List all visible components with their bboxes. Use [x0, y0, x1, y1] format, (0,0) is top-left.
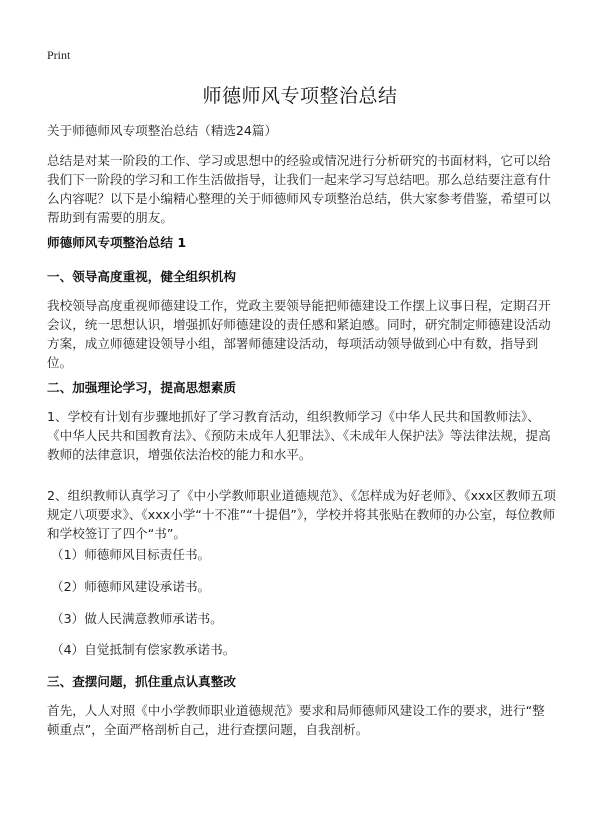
- section-heading-2: 二、加强理论学习，提高思想素质: [47, 378, 557, 397]
- section-heading-1: 一、领导高度重视，健全组织机构: [47, 267, 557, 286]
- section-2-paragraph-2: 2、组织教师认真学习了《中小学教师职业道德规范》、《怎样成为好老师》、《xxx区…: [47, 486, 557, 543]
- list-item: （1）师德师风目标责任书。: [51, 545, 561, 564]
- section-3-paragraph: 首先，人人对照《中小学教师职业道德规范》要求和局师德师风建设工作的要求，进行“整…: [47, 701, 557, 739]
- list-item: （3）做人民满意教师承诺书。: [51, 609, 561, 628]
- document-subtitle: 关于师德师风专项整治总结（精选24篇）: [47, 121, 557, 140]
- section-2-paragraph-1: 1、学校有计划有步骤地抓好了学习教育活动，组织教师学习《中华人民共和国教师法》、…: [47, 407, 557, 464]
- section-1-paragraph: 我校领导高度重视师德建设工作，党政主要领导能把师德建设工作摆上议事日程，定期召开…: [47, 296, 557, 372]
- intro-paragraph: 总结是对某一阶段的工作、学习或思想中的经验或情况进行分析研究的书面材料，它可以给…: [47, 151, 557, 227]
- section-heading-3: 三、查摆问题，抓住重点认真整改: [47, 672, 557, 691]
- article-heading: 师德师风专项整治总结 1: [47, 233, 557, 252]
- list-item: （2）师德师风建设承诺书。: [51, 577, 561, 596]
- document-title: 师德师风专项整治总结: [0, 81, 600, 108]
- print-label: Print: [47, 48, 70, 63]
- document-page: Print 师德师风专项整治总结 关于师德师风专项整治总结（精选24篇） 总结是…: [0, 0, 600, 828]
- list-item: （4）自觉抵制有偿家教承诺书。: [51, 640, 561, 659]
